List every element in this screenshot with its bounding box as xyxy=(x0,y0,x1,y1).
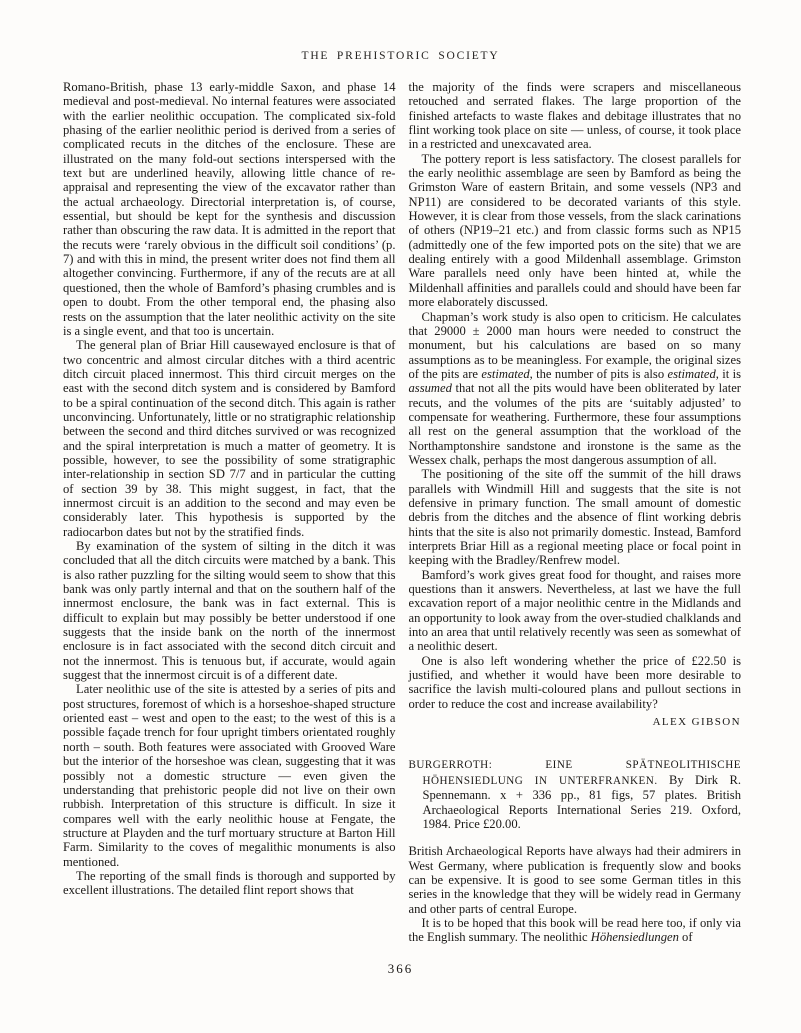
reviewer-signature: ALEX GIBSON xyxy=(409,715,742,729)
paragraph: Bamford’s work gives great food for thou… xyxy=(409,568,742,654)
paragraph: the majority of the finds were scrapers … xyxy=(409,80,742,152)
paragraph: The pottery report is less satisfactory.… xyxy=(409,152,742,310)
paragraph: The positioning of the site off the summ… xyxy=(409,467,742,567)
paragraph: The reporting of the small finds is thor… xyxy=(63,869,396,898)
paragraph: It is to be hoped that this book will be… xyxy=(409,916,742,945)
paragraph: Later neolithic use of the site is attes… xyxy=(63,682,396,868)
running-head: THE PREHISTORIC SOCIETY xyxy=(0,50,801,62)
page-number: 366 xyxy=(0,961,801,977)
journal-page: THE PREHISTORIC SOCIETY Romano-British, … xyxy=(0,0,801,1033)
paragraph: Chapman’s work study is also open to cri… xyxy=(409,310,742,468)
text-columns: Romano-British, phase 13 early-middle Sa… xyxy=(63,80,741,945)
right-column: the majority of the finds were scrapers … xyxy=(409,80,742,945)
left-column: Romano-British, phase 13 early-middle Sa… xyxy=(63,80,396,945)
paragraph: The general plan of Briar Hill causewaye… xyxy=(63,338,396,539)
book-review-heading: BURGERROTH: EINE SPÄTNEOLITHISCHE HÖHENS… xyxy=(409,757,742,831)
paragraph: British Archaeological Reports have alwa… xyxy=(409,844,742,916)
paragraph: By examination of the system of silting … xyxy=(63,539,396,682)
paragraph: One is also left wondering whether the p… xyxy=(409,654,742,711)
paragraph: Romano-British, phase 13 early-middle Sa… xyxy=(63,80,396,338)
